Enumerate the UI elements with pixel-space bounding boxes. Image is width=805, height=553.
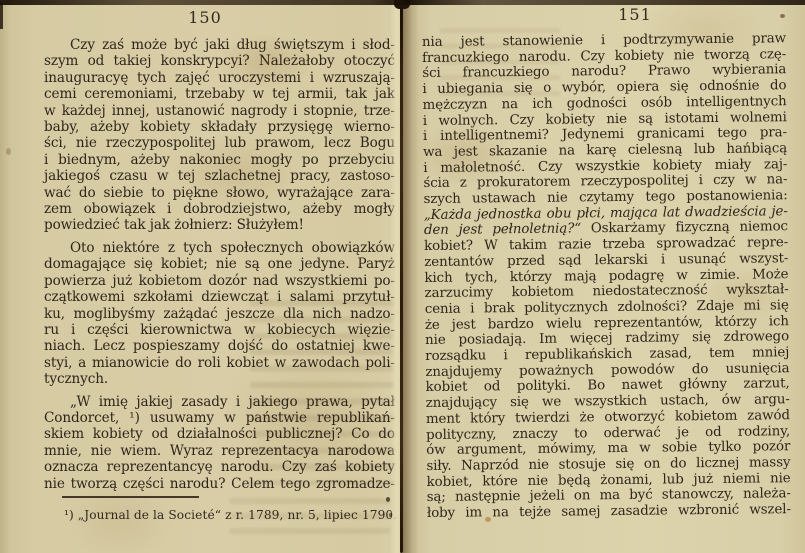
text-line: niach. Lecz pospieszamy dojść do ostatni… [44,338,395,354]
text-line: domagające się kobiet; nie są one jedyne… [44,256,395,272]
photo-top-edge [0,0,805,5]
text-line: jakiegoś czasu w tej szlachetnej pracy, … [44,168,395,184]
paper-speck [386,497,390,502]
book-scan: 150 151 Czy zaś może być jaki dług święt… [0,0,805,553]
text-line: powierza już kobietom dozór nad wszystki… [44,273,395,289]
text-line: cemi ceremoniami, trzebaby w tej armii, … [44,86,395,102]
paper-speck [389,513,392,517]
text-line: ru i części kierownictwa w kobiecych wię… [44,322,395,338]
text-line: inauguracyę tych zajęć uroczystemi i wzr… [44,70,395,86]
text-line: „W imię jakiej zasady i jakiego prawa, p… [44,394,395,410]
text-line: w każdej innej, ustanowić nagrody i stop… [44,103,395,119]
text-line: Oto niektóre z tych społecznych obowiązk… [44,240,395,256]
text-line: szym od takiej konskrypcyi? Należałoby o… [44,53,395,69]
text-line: Czy zaś może być jaki dług świętszym i s… [44,37,395,53]
paper-speck [485,517,491,522]
text-line: Condorcet, ¹) usuwamy w państwie republi… [44,410,395,426]
text-line: mnie, nie wiem. Wyraz reprezentacya naro… [44,443,395,459]
text-line: skiem kobiety od działalności publicznej… [44,426,395,442]
text-line: wać do siebie to piękne słowo, wyrażając… [44,185,395,201]
text-line: czątkowemi szkołami dziewcząt i salami p… [44,289,395,305]
text-block-right: nia jest stanowienie i podtrzymywanie pr… [422,31,791,522]
page-number-left: 150 [35,8,375,27]
text-line: tycznych. [44,371,395,387]
text-line: powiedzieć tak jak żołnierz: Służyłem! [44,217,395,233]
text-line: ści, nie rzeczypospolitej lub prawom, le… [44,135,395,151]
footnote-text: ¹) „Journal de la Societé“ z r. 1789, nr… [64,508,404,522]
paper-speck [780,14,785,18]
gutter-shadow [403,0,419,553]
photo-left-edge-mark [0,3,3,29]
text-block-left: Czy zaś może być jaki dług świętszym i s… [44,37,395,492]
text-line: ku, moglibyśmy zażądać jeszcze dla nich … [44,306,395,322]
text-line: oznacza reprezentancyę narodu. Czy zaś k… [44,459,395,475]
text-line: zem obowiązek i dobrodziejstwo, ażeby mo… [44,201,395,217]
text-line: i biednym, ażeby nakoniec mogły po przeb… [44,152,395,168]
text-line: nie tworzą części narodu? Celem tego zgr… [44,476,395,492]
footnote-rule [62,496,199,498]
page-number-right: 151 [470,5,800,24]
gutter-highlight [390,0,400,553]
paper-speck [6,148,11,155]
text-line: baby, ażeby kobiety składały przysięgę w… [44,119,395,135]
text-line: styi, a mianowicie do roli kobiet w zawo… [44,355,395,371]
